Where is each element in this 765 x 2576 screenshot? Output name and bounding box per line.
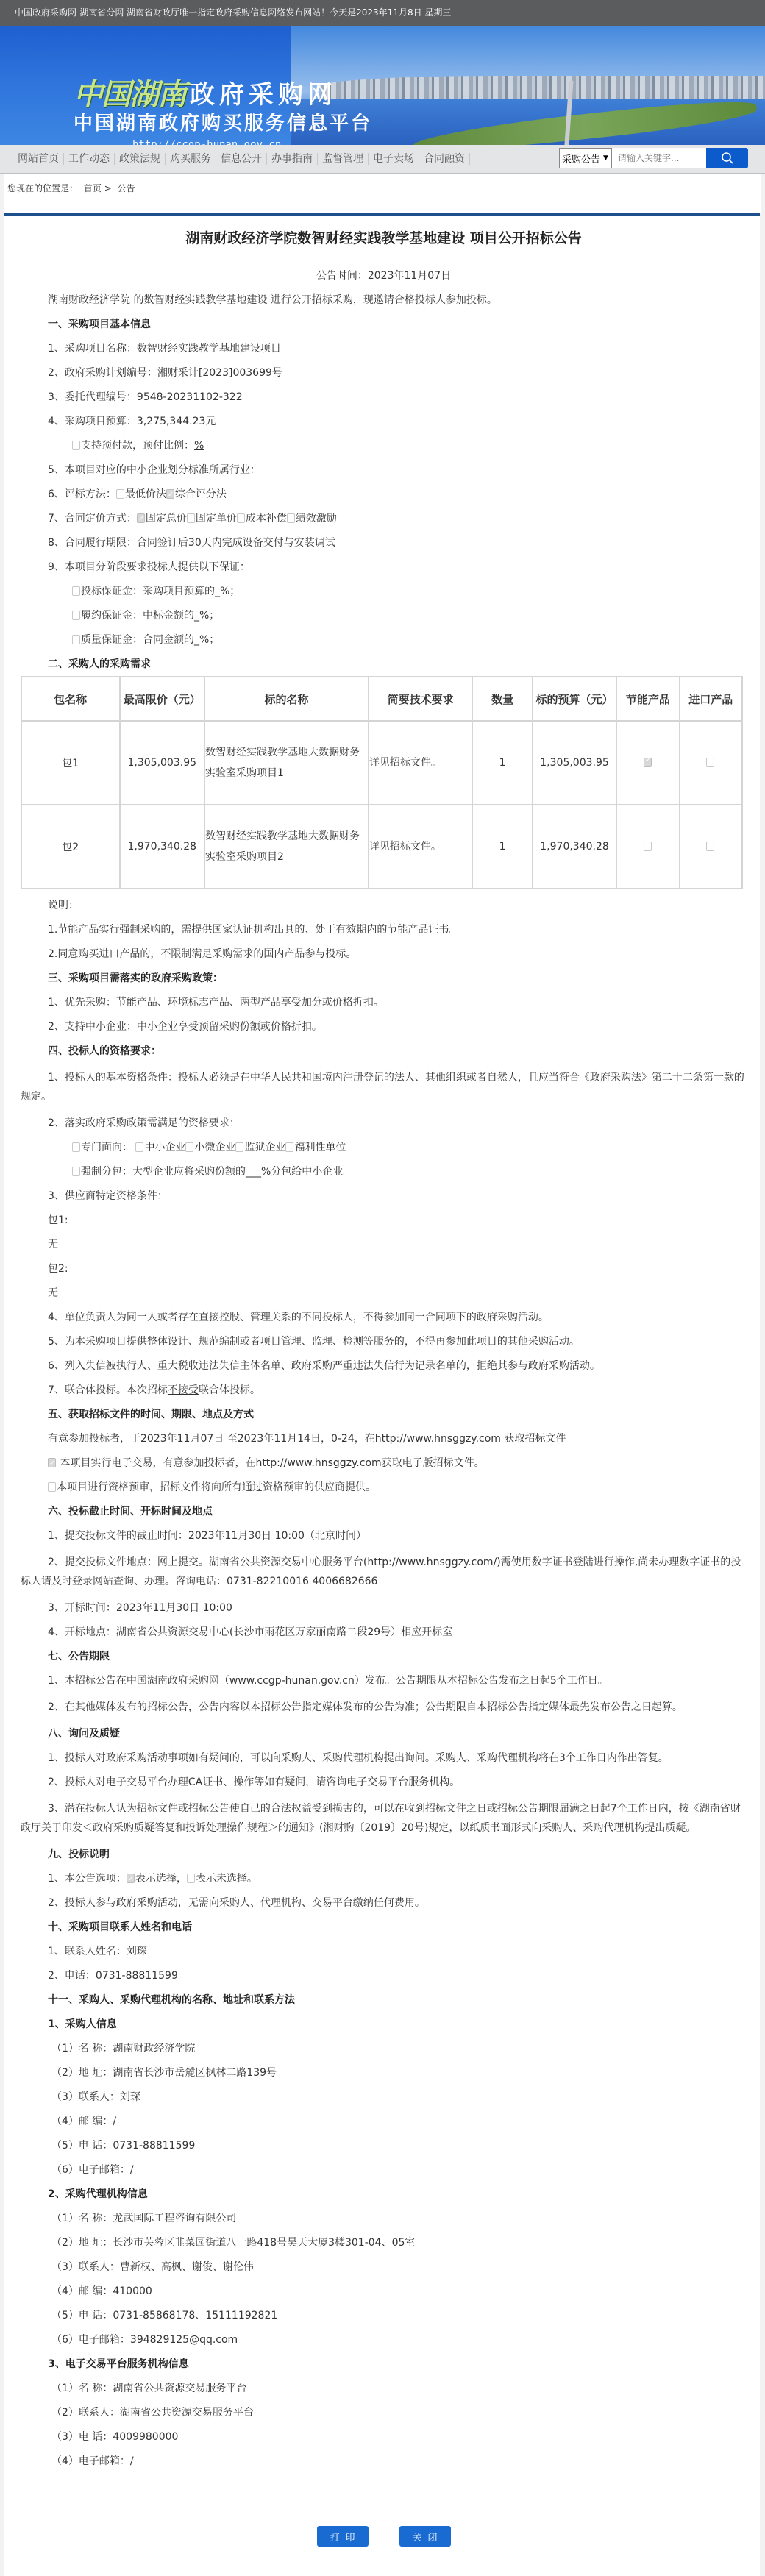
section-heading: 五、获取招标文件的时间、期限、地点及方式	[21, 1407, 747, 1422]
purchaser-postcode: （4）邮 编：/	[21, 2114, 747, 2129]
checkbox-unchecked	[285, 1142, 293, 1152]
col-tech-req: 简要技术要求	[369, 677, 473, 721]
logo-url: http://ccgp-hunan.gov.cn	[132, 139, 281, 145]
platform-contact: （2）联系人：湖南省公共资源交易服务平台	[21, 2405, 747, 2420]
purchaser-phone: （5）电 话：0731-88811599	[21, 2138, 747, 2153]
policy-item: 1、优先采购：节能产品、环境标志产品、两型产品享受加分或价格折扣。	[21, 995, 747, 1010]
nav-item-e-mall[interactable]: 电子卖场	[369, 153, 419, 165]
agency-contact: （3）联系人：曹新权、高枫、谢俊、谢伦伟	[21, 2260, 747, 2274]
purchaser-name: （1）名 称：湖南财政经济学院	[21, 2041, 747, 2056]
purchaser-contact: （3）联系人：刘琛	[21, 2090, 747, 2104]
nav-item-supervision[interactable]: 监督管理	[318, 153, 369, 165]
checkbox-unchecked	[135, 1142, 143, 1152]
performance-bond: 履约保证金：中标金额的_%；	[21, 608, 747, 623]
search-input[interactable]	[612, 148, 706, 168]
package-value: 无	[21, 1237, 747, 1252]
logo-subtitle: 中国湖南政府购买服务信息平台	[74, 108, 372, 135]
agency-phone: （5）电 话：0731-85868178、15111192821	[21, 2308, 747, 2323]
inquiry-item: 3、潜在投标人认为招标文件或招标公告使自己的合法权益受到损害的，可以在收到招标文…	[21, 1799, 747, 1837]
table-row: 包1 1,305,003.95 数智财经实践教学基地大数据财务实验室采购项目1 …	[21, 721, 742, 805]
col-quantity: 数量	[472, 677, 532, 721]
col-package: 包名称	[21, 677, 120, 721]
close-button[interactable]: 关闭	[399, 2526, 451, 2547]
note-1: 1.节能产品实行强制采购的，需提供国家认证机构出具的、处于有效期内的节能产品证书…	[21, 922, 747, 937]
action-buttons: 打印 关闭	[21, 2526, 747, 2547]
import-checkbox-unchecked	[706, 842, 714, 851]
platform-email: （4）电子邮箱：/	[21, 2454, 747, 2469]
breadcrumb: 您现在的位置是： 首页 > 公告	[4, 174, 761, 213]
doc-acquisition: 有意参加投标者，于2023年11月07日 至2023年11月14日，0-24，在…	[21, 1431, 747, 1446]
checkbox-unchecked	[116, 489, 124, 499]
search-button[interactable]	[706, 148, 748, 168]
qualification-item: 4、单位负责人为同一人或者存在直接控股、管理关系的不同投标人，不得参加同一合同项…	[21, 1310, 747, 1325]
breadcrumb-current: 公告	[118, 183, 135, 193]
section-heading: 八、询问及质疑	[21, 1726, 747, 1741]
contact-name: 1、联系人姓名：刘琛	[21, 1944, 747, 1959]
checkbox-unchecked	[187, 513, 195, 523]
notice-period: 1、本招标公告在中国湖南政府采购网（www.ccgp-hunan.gov.cn）…	[21, 1673, 747, 1688]
option-legend: 1、本公告选项：表示选择，表示未选择。	[21, 1871, 747, 1886]
checkbox-unchecked	[72, 1167, 80, 1176]
inquiry-item: 1、投标人对政府采购活动事项如有疑问的，可以向采购人、采购代理机构提出询问。采购…	[21, 1751, 747, 1765]
col-max-price: 最高限价（元）	[120, 677, 204, 721]
contract-pricing: 7、合同定价方式：固定总价固定单价成本补偿绩效激励	[21, 511, 747, 526]
note-2: 2.同意购买进口产品的，不限制满足采购需求的国内产品参与投标。	[21, 947, 747, 961]
notice-title: 湖南财政经济学院数智财经实践教学基地建设 项目公开招标公告	[21, 227, 747, 247]
project-name: 1、采购项目名称：数智财经实践教学基地建设项目	[21, 341, 747, 356]
prepay-option: 支持预付款，预付比例：%	[21, 438, 747, 453]
note-label: 说明：	[21, 898, 747, 913]
publish-time: 公告时间：2023年11月07日	[21, 268, 747, 282]
checkbox-checked	[48, 1458, 56, 1467]
section-heading: 三、采购项目需落实的政府采购政策：	[21, 971, 747, 986]
search-category-value: 采购公告	[562, 152, 600, 166]
sme-industry: 5、本项目对应的中小企业划分标准所属行业：	[21, 463, 747, 477]
opening-place: 4、开标地点：湖南省公共资源交易中心(长沙市雨花区万家丽南路二段29号）相应开标…	[21, 1625, 747, 1640]
site-logo[interactable]: 中国湖南政府采购网 中国湖南政府购买服务信息平台 http://ccgp-hun…	[74, 71, 337, 113]
checkbox-unchecked	[287, 513, 295, 523]
checkbox-unchecked	[237, 513, 245, 523]
agency-number: 3、委托代理编号：9548-20231102-322	[21, 390, 747, 405]
logo-calligraphy: 中国湖南	[74, 71, 185, 113]
bid-bond: 投标保证金：采购项目预算的_%；	[21, 584, 747, 599]
prequalification: 本项目进行资格预审，招标文件将向所有通过资格预审的供应商提供。	[21, 1480, 747, 1495]
qualification-item: 6、列入失信被执行人、重大税收违法失信主体名单、政府采购严重违法失信行为记录名单…	[21, 1359, 747, 1373]
section-heading: 四、投标人的资格要求：	[21, 1044, 747, 1058]
checkbox-unchecked	[235, 1142, 243, 1152]
notice-content: 湖南财政经济学院数智财经实践教学基地建设 项目公开招标公告 公告时间：2023年…	[4, 213, 760, 2576]
checkbox-unchecked	[72, 1142, 80, 1152]
project-budget: 4、采购项目预算：3,275,344.23元	[21, 414, 747, 429]
checkbox-checked	[127, 1874, 135, 1883]
deadline: 1、提交投标文件的截止时间：2023年11月30日 10:00（北京时间）	[21, 1529, 747, 1543]
checkbox-unchecked	[187, 1874, 195, 1883]
banner-city-skyline	[321, 76, 765, 102]
search-group: 采购公告 ▼	[559, 148, 748, 168]
logo-title: 政府采购网	[190, 74, 337, 110]
platform-name: （1）名 称：湖南省公共资源交易服务平台	[21, 2381, 747, 2396]
chevron-down-icon: ▼	[603, 154, 608, 162]
section-heading: 二、采购人的采购需求	[21, 657, 747, 672]
qualification-item: 3、供应商特定资格条件：	[21, 1189, 747, 1203]
nav-item-info-public[interactable]: 信息公开	[216, 153, 267, 165]
section-heading: 十、采购项目联系人姓名和电话	[21, 1920, 747, 1935]
breadcrumb-home[interactable]: 首页	[84, 183, 102, 193]
col-item-name: 标的名称	[204, 677, 369, 721]
bid-note: 2、投标人参与政府采购活动，无需向采购人、代理机构、交易平台缴纳任何费用。	[21, 1896, 747, 1910]
agency-postcode: （4）邮 编：410000	[21, 2284, 747, 2299]
site-banner: 中国湖南政府采购网 中国湖南政府购买服务信息平台 http://ccgp-hun…	[0, 26, 765, 145]
purchaser-email: （6）电子邮箱：/	[21, 2163, 747, 2177]
contract-period: 8、合同履行期限：合同签订后30天内完成设备交付与安装调试	[21, 536, 747, 550]
checkbox-unchecked	[72, 635, 80, 644]
notice-period: 2、在其他媒体发布的招标公告，公告内容以本招标公告指定媒体发布的公告为准；公告期…	[21, 1698, 747, 1717]
plan-number: 2、政府采购计划编号：湘财采计[2023]003699号	[21, 366, 747, 380]
nav-item-policy[interactable]: 政策法规	[115, 153, 166, 165]
policy-item: 2、支持中小企业：中小企业享受预留采购份额或价格折扣。	[21, 1020, 747, 1034]
nav-item-news[interactable]: 工作动态	[64, 153, 115, 165]
opening-time: 3、开标时间：2023年11月30日 10:00	[21, 1601, 747, 1615]
package-label: 包2:	[21, 1262, 747, 1276]
print-button[interactable]: 打印	[317, 2526, 369, 2547]
table-header-row: 包名称 最高限价（元） 标的名称 简要技术要求 数量 标的预算（元） 节能产品 …	[21, 677, 742, 721]
agency-name: （1）名 称：龙武国际工程咨询有限公司	[21, 2211, 747, 2226]
forced-subcontract: 强制分包：大型企业应将采购份额的___%分包给中小企业。	[21, 1164, 747, 1179]
top-info-text: 中国政府采购网-湖南省分网 湖南省财政厅唯一指定政府采购信息网络发布网站！今天是…	[15, 7, 451, 18]
submission-place: 2、提交投标文件地点：网上提交。湖南省公共资源交易中心服务平台(http://w…	[21, 1553, 747, 1591]
evaluation-method: 6、评标方法：最低价法综合评分法	[21, 487, 747, 502]
guarantee-intro: 9、本项目分阶段要求投标人提供以下保证：	[21, 560, 747, 574]
platform-phone: （3）电 话：4009980000	[21, 2430, 747, 2444]
nav-item-home[interactable]: 网站首页	[13, 153, 64, 165]
checkbox-unchecked	[72, 586, 80, 596]
energy-checkbox-checked	[644, 758, 652, 767]
requirements-table: 包名称 最高限价（元） 标的名称 简要技术要求 数量 标的预算（元） 节能产品 …	[21, 676, 743, 889]
top-info-bar: 中国政府采购网-湖南省分网 湖南省财政厅唯一指定政府采购信息网络发布网站！今天是…	[0, 0, 765, 26]
energy-checkbox-unchecked	[644, 842, 652, 851]
contact-phone: 2、电话：0731-88811599	[21, 1968, 747, 1983]
col-imported: 进口产品	[680, 677, 742, 721]
checkbox-unchecked	[72, 441, 80, 450]
section-heading: 九、投标说明	[21, 1847, 747, 1862]
col-energy-saving: 节能产品	[616, 677, 679, 721]
breadcrumb-label: 您现在的位置是：	[7, 183, 78, 193]
purchaser-address: （2）地 址：湖南省长沙市岳麓区枫林二路139号	[21, 2066, 747, 2080]
import-checkbox-unchecked	[706, 758, 714, 767]
agency-heading: 2、采购代理机构信息	[21, 2187, 747, 2202]
agency-email: （6）电子邮箱：394829125@qq.com	[21, 2333, 747, 2347]
electronic-trade: 本项目实行电子交易，有意参加投标者，在http://www.hnsggzy.co…	[21, 1456, 747, 1470]
section-heading: 一、采购项目基本信息	[21, 317, 747, 332]
quality-bond: 质量保证金：合同金额的_%；	[21, 633, 747, 647]
breadcrumb-separator: >	[104, 183, 112, 193]
search-category-select[interactable]: 采购公告 ▼	[559, 148, 612, 168]
col-item-budget: 标的预算（元）	[533, 677, 616, 721]
section-heading: 六、投标截止时间、开标时间及地点	[21, 1504, 747, 1519]
nav-item-contract-finance[interactable]: 合同融资	[419, 153, 470, 165]
checkbox-unchecked	[48, 1482, 56, 1492]
purchaser-heading: 1、采购人信息	[21, 2017, 747, 2032]
section-heading: 七、公告期限	[21, 1649, 747, 1664]
consortium-item: 7、联合体投标。本次招标不接受联合体投标。	[21, 1383, 747, 1398]
checkbox-unchecked	[72, 611, 80, 620]
nav-item-purchase-service[interactable]: 购买服务	[166, 153, 216, 165]
qualification-item: 1、投标人的基本资格条件：投标人必须是在中华人民共和国境内注册登记的法人、其他组…	[21, 1068, 747, 1106]
special-for: 专门面向： 中小企业小微企业监狱企业福利性单位	[21, 1140, 747, 1155]
platform-heading: 3、电子交易平台服务机构信息	[21, 2357, 747, 2372]
notice-intro: 湖南财政经济学院 的数智财经实践教学基地建设 进行公开招标采购，现邀请合格投标人…	[21, 293, 747, 307]
package-label: 包1:	[21, 1213, 747, 1228]
checkbox-checked	[166, 489, 174, 499]
search-icon	[721, 152, 734, 165]
nav-item-guide[interactable]: 办事指南	[267, 153, 318, 165]
inquiry-item: 2、投标人对电子交易平台办理CA证书、操作等如有疑问，请咨询电子交易平台服务机构…	[21, 1775, 747, 1790]
checkbox-unchecked	[185, 1142, 193, 1152]
package-value: 无	[21, 1286, 747, 1301]
main-nav: 网站首页 工作动态 政策法规 购买服务 信息公开 办事指南 监督管理 电子卖场 …	[0, 145, 765, 174]
checkbox-checked	[137, 513, 145, 523]
table-row: 包2 1,970,340.28 数智财经实践教学基地大数据财务实验室采购项目2 …	[21, 805, 742, 889]
qualification-item: 5、为本采购项目提供整体设计、规范编制或者项目管理、监理、检测等服务的，不得再参…	[21, 1334, 747, 1349]
agency-address: （2）地 址：长沙市芙蓉区韭菜园街道八一路418号昊天大厦3楼301-04、05…	[21, 2235, 747, 2250]
section-heading: 十一、采购人、采购代理机构的名称、地址和联系方法	[21, 1993, 747, 2007]
qualification-item: 2、落实政府采购政策需满足的资格要求：	[21, 1116, 747, 1131]
